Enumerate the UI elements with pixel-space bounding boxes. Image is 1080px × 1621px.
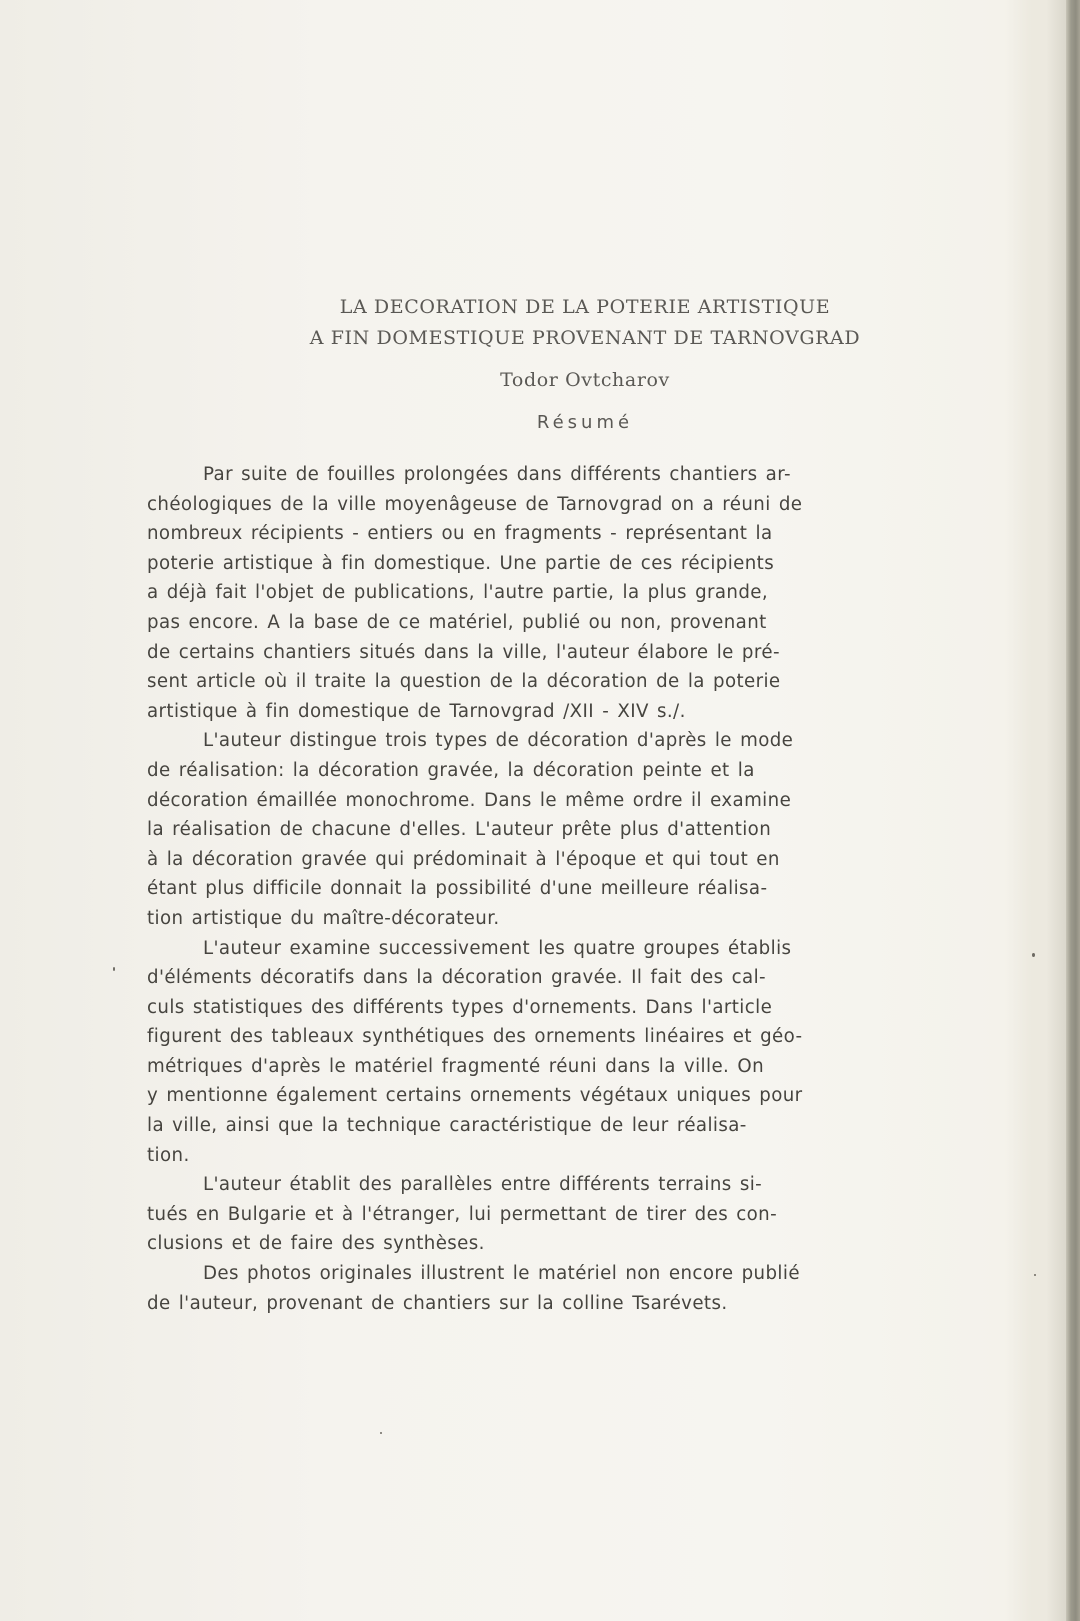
text-line: artistique à fin domestique de Tarnovgra… — [147, 697, 1017, 727]
title-line-2: A FIN DOMESTIQUE PROVENANT DE TARNOVGRAD — [0, 323, 1080, 354]
text-line: chéologiques de la ville moyenâgeuse de … — [147, 490, 1017, 520]
text-line: étant plus difficile donnait la possibil… — [147, 874, 1017, 904]
text-line: d'éléments décoratifs dans la décoration… — [147, 963, 1017, 993]
scan-speck — [113, 967, 115, 971]
text-line: la ville, ainsi que la technique caracté… — [147, 1111, 1017, 1141]
scan-speck — [380, 1432, 382, 1434]
abstract-body: Par suite de fouilles prolongées dans di… — [147, 460, 1017, 1318]
text-line: pas encore. A la base de ce matériel, pu… — [147, 608, 1017, 638]
text-line: figurent des tableaux synthétiques des o… — [147, 1022, 1017, 1052]
text-line: a déjà fait l'objet de publications, l'a… — [147, 578, 1017, 608]
text-line: L'auteur distingue trois types de décora… — [147, 726, 1017, 756]
text-line: Des photos originales illustrent le maté… — [147, 1259, 1017, 1289]
text-line: de réalisation: la décoration gravée, la… — [147, 756, 1017, 786]
binding-shadow — [1046, 0, 1066, 1621]
text-line: tués en Bulgarie et à l'étranger, lui pe… — [147, 1200, 1017, 1230]
text-line: y mentionne également certains ornements… — [147, 1081, 1017, 1111]
page-binding-edge — [1066, 0, 1080, 1621]
text-line: L'auteur examine successivement les quat… — [147, 934, 1017, 964]
text-line: la réalisation de chacune d'elles. L'aut… — [147, 815, 1017, 845]
text-line: Par suite de fouilles prolongées dans di… — [147, 460, 1017, 490]
text-line: clusions et de faire des synthèses. — [147, 1229, 1017, 1259]
text-line: L'auteur établit des parallèles entre di… — [147, 1170, 1017, 1200]
text-line: nombreux récipients - entiers ou en frag… — [147, 519, 1017, 549]
text-line: tion artistique du maître-décorateur. — [147, 904, 1017, 934]
text-line: tion. — [147, 1141, 1017, 1171]
text-line: métriques d'après le matériel fragmenté … — [147, 1052, 1017, 1082]
text-line: sent article où il traite la question de… — [147, 667, 1017, 697]
scanned-page: LA DECORATION DE LA POTERIE ARTISTIQUE A… — [0, 0, 1080, 1621]
text-line: culs statistiques des différents types d… — [147, 993, 1017, 1023]
text-line: à la décoration gravée qui prédominait à… — [147, 845, 1017, 875]
article-title: LA DECORATION DE LA POTERIE ARTISTIQUE A… — [0, 292, 1080, 354]
author-name: Todor Ovtcharov — [0, 369, 1080, 391]
title-line-1: LA DECORATION DE LA POTERIE ARTISTIQUE — [0, 292, 1080, 323]
text-line: de certains chantiers situés dans la vil… — [147, 638, 1017, 668]
scan-speck — [1034, 1274, 1036, 1276]
text-line: poterie artistique à fin domestique. Une… — [147, 549, 1017, 579]
text-line: décoration émaillée monochrome. Dans le … — [147, 786, 1017, 816]
text-line: de l'auteur, provenant de chantiers sur … — [147, 1289, 1017, 1319]
scan-speck — [1032, 953, 1035, 957]
section-heading: Résumé — [0, 412, 1080, 433]
